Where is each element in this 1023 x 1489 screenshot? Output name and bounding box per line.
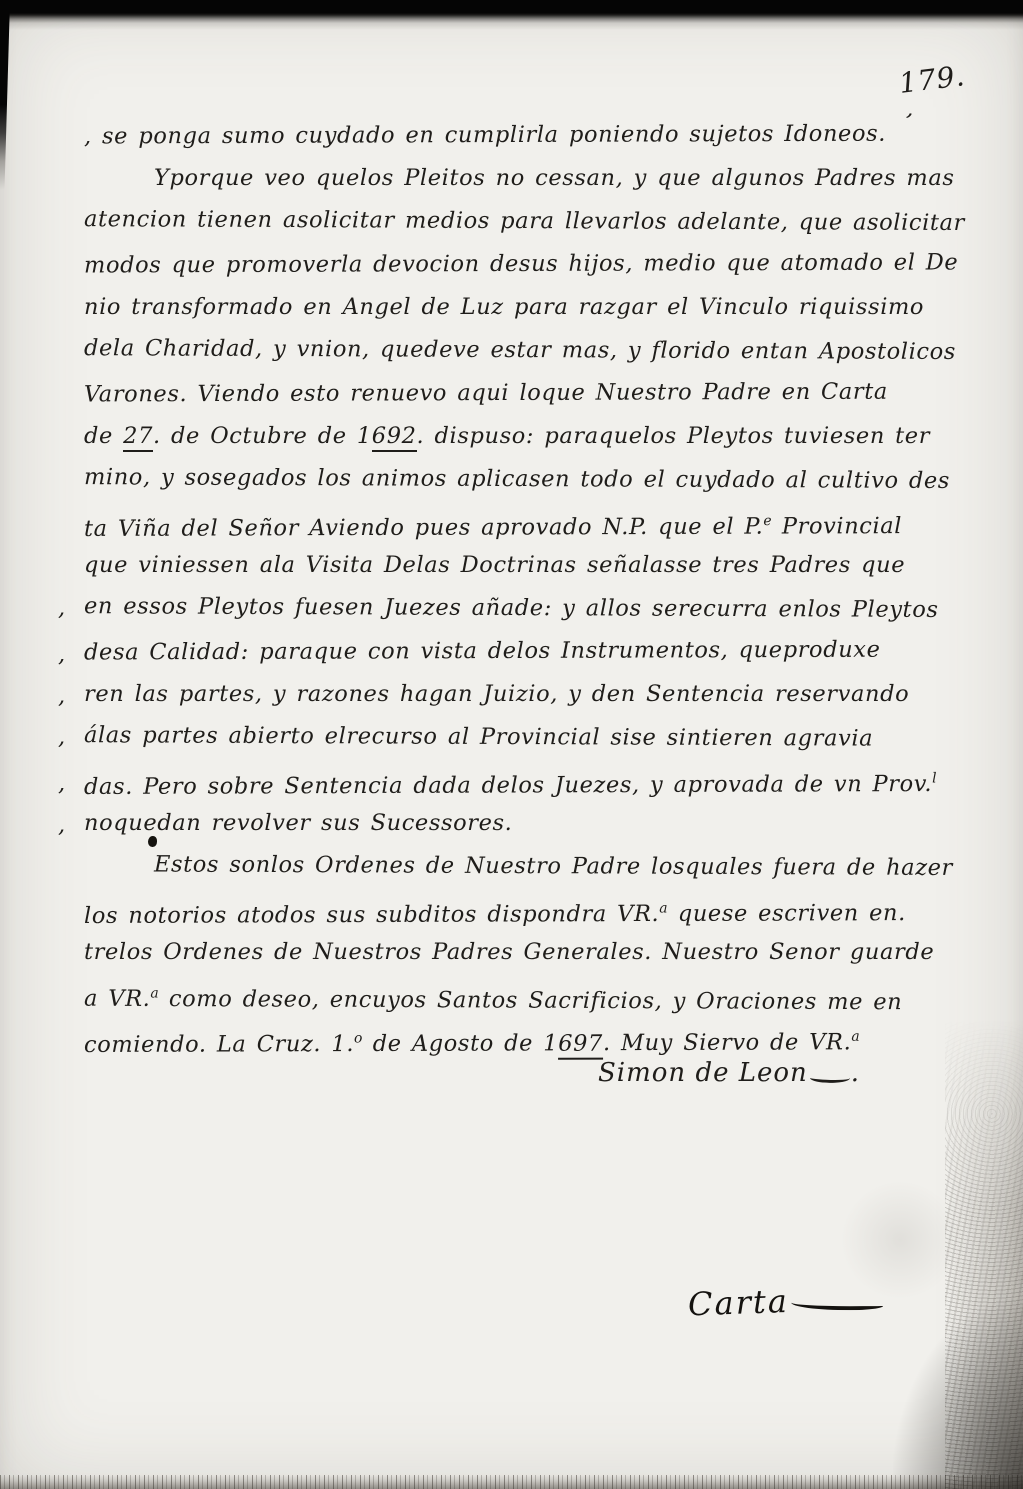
signature-period: . [851,1058,860,1088]
manuscript-line: comiendo. La Cruz. 1.o de Agosto de 1697… [84,1016,924,1062]
manuscript-line: trelos Ordenes de Nuestros Padres Genera… [84,931,924,974]
manuscript-line: ,ren las partes, y razones hagan Juizio,… [84,673,924,716]
bottom-edge-texture [0,1475,1023,1489]
manuscript-line: atencion tienen asolicitar medios para l… [84,198,924,245]
manuscript-line: mino, y sosegados los animos aplicasen t… [84,456,924,503]
text-segment: comiendo. La Cruz. 1. [84,1031,354,1058]
text-segment: . Muy Siervo de VR. [603,1029,851,1056]
manuscript-line: ,das. Pero sobre Sentencia dada delos Ju… [84,758,924,804]
manuscript-text: , se ponga sumo cuydado en cumplirla pon… [84,114,924,1060]
text-segment: e [763,513,771,529]
text-segment: a [659,900,667,916]
margin-comma: , [58,804,66,847]
manuscript-line: Varones. Viendo esto renuevo aqui loque … [84,371,924,417]
text-segment: l [932,770,937,786]
signature-flourish [810,1072,850,1084]
text-segment: das. Pero sobre Sentencia dada delos Jue… [84,771,932,800]
signature-name: Simon de Leon [598,1058,808,1088]
signature: Simon de Leon. [598,1058,860,1089]
top-edge-scan-artifact [0,0,1023,30]
text-segment: de Agosto de 1 [362,1030,558,1057]
text-segment: como deseo, encuyos Santos Sacrificios, … [159,986,903,1015]
text-segment: desa Calidad: paraque con vista delos In… [84,637,881,666]
text-segment: nio transformado en Angel de Luz para ra… [84,294,924,320]
text-segment: Varones. Viendo esto renuevo aqui loque … [84,379,888,408]
text-segment: de [84,423,123,449]
manuscript-line: ta Viña del Señor Aviendo pues aprovado … [84,500,924,546]
text-segment: a [150,985,158,1001]
manuscript-page-scan: 179. ʼ , se ponga sumo cuydado en cumpli… [0,0,1023,1489]
manuscript-line: nio transformado en Angel de Luz para ra… [84,286,924,329]
text-segment: dela Charidad, y vnion, quedeve estar ma… [84,335,956,365]
text-segment: a VR. [84,986,151,1012]
text-segment: los notorios atodos sus subditos dispond… [84,901,659,929]
text-segment: trelos Ordenes de Nuestros Padres Genera… [84,939,934,965]
left-edge-scan-artifact [0,0,10,190]
docket-note: Carta [687,1279,883,1324]
margin-comma: , [58,587,66,630]
bottom-right-corner-shadow [893,1299,1023,1489]
text-segment: . de Octubre de 1 [153,423,372,449]
text-segment: Estos sonlos Ordenes de Nuestro Padre lo… [154,851,953,880]
manuscript-line: ,desa Calidad: paraque con vista delos I… [84,629,924,675]
text-segment: ren las partes, y razones hagan Juizio, … [84,681,909,707]
text-segment: 697 [558,1030,603,1059]
text-segment: Provincial [772,513,903,539]
manuscript-line: dela Charidad, y vnion, quedeve estar ma… [84,327,924,374]
text-segment: 27 [123,423,153,452]
manuscript-line: ,álas partes abierto elrecurso al Provin… [84,714,924,761]
manuscript-line: a VR.a como deseo, encuyos Santos Sacrif… [84,972,924,1019]
manuscript-line: los notorios atodos sus subditos dispond… [84,887,924,933]
margin-comma: , [58,634,66,677]
text-segment: a [851,1029,859,1045]
text-segment: 692 [372,423,417,452]
manuscript-line: que viniessen ala Visita Delas Doctrinas… [84,544,924,587]
manuscript-line: modos que promoverla devocion desus hijo… [84,242,924,288]
docket-label: Carta [687,1282,789,1323]
manuscript-line: ,noquedan revolver sus Sucessores. [84,802,924,845]
ink-blot [148,836,157,847]
docket-flourish [791,1298,883,1310]
manuscript-line: Yporque veo quelos Pleitos no cessan, y … [84,157,924,200]
text-segment: quese escriven en. [668,900,906,927]
text-segment: atencion tienen asolicitar medios para l… [84,206,965,236]
manuscript-line: ,en essos Pleytos fuesen Juezes añade: y… [84,585,924,632]
text-segment: que viniessen ala Visita Delas Doctrinas… [84,552,905,578]
text-segment: . dispuso: paraquelos Pleytos tuviesen t… [417,423,931,449]
text-segment: modos que promoverla devocion desus hijo… [84,249,958,278]
text-segment: en essos Pleytos fuesen Juezes añade: y … [84,593,939,623]
manuscript-line: Estos sonlos Ordenes de Nuestro Padre lo… [84,843,924,890]
text-segment: ta Viña del Señor Aviendo pues aprovado … [84,514,763,542]
text-segment: mino, y sosegados los animos aplicasen t… [84,464,950,494]
margin-comma: , [58,675,66,718]
page-number: 179. [898,62,967,98]
text-segment: Yporque veo quelos Pleitos no cessan, y … [154,165,955,191]
text-segment: álas partes abierto elrecurso al Provinc… [84,722,873,751]
text-segment: noquedan revolver sus Sucessores. [84,810,512,836]
margin-comma: , [58,716,66,759]
manuscript-line: , se ponga sumo cuydado en cumplirla pon… [84,113,924,159]
manuscript-line: de 27. de Octubre de 1692. dispuso: para… [84,415,924,458]
margin-comma: , [58,763,66,806]
text-segment: , se ponga sumo cuydado en cumplirla pon… [84,121,886,150]
